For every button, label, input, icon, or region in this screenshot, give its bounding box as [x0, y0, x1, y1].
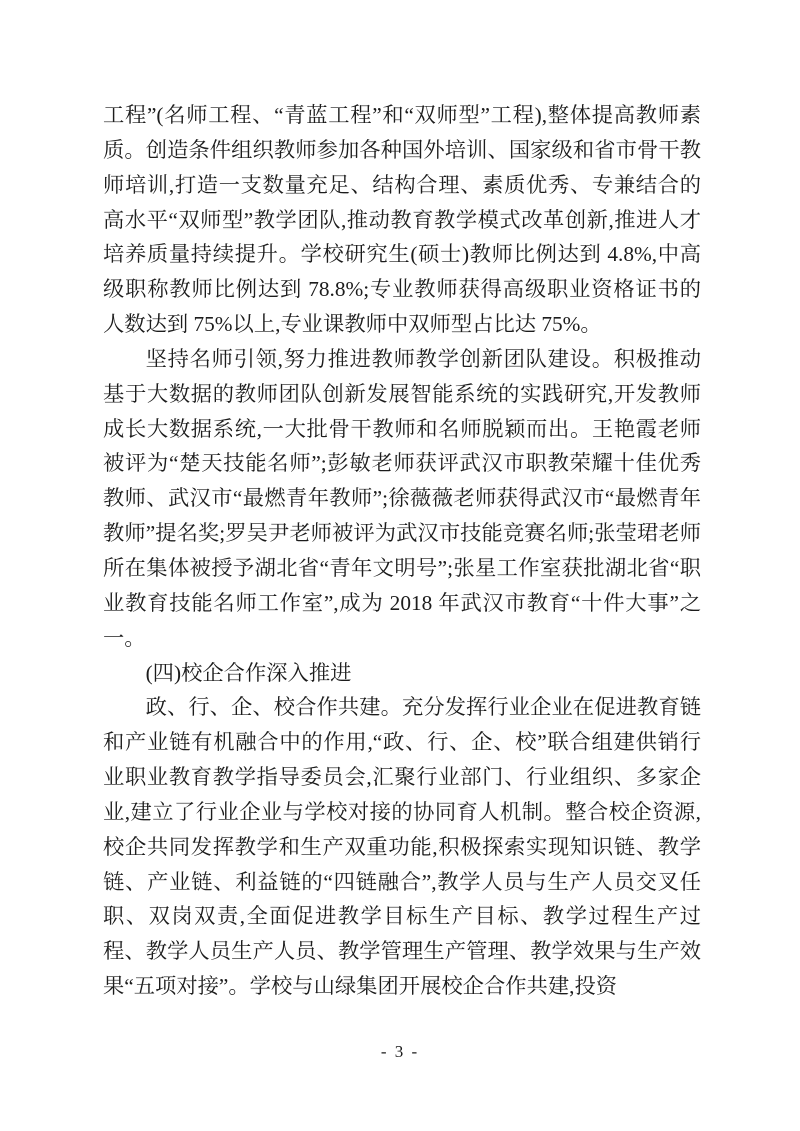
page-number: - 3 - [381, 1042, 419, 1061]
body-paragraph-school-enterprise-cooperation: 政、行、企、校合作共建。充分发挥行业企业在促进教育链和产业链有机融合中的作用,“… [103, 690, 701, 1004]
document-page: 工程”(名师工程、“青蓝工程”和“双师型”工程),整体提高教师素质。创造条件组织… [0, 0, 800, 1131]
section-heading-4: (四)校企合作深入推进 [103, 656, 701, 691]
document-body: 工程”(名师工程、“青蓝工程”和“双师型”工程),整体提高教师素质。创造条件组织… [103, 98, 701, 1004]
body-paragraph-teacher-development: 工程”(名师工程、“青蓝工程”和“双师型”工程),整体提高教师素质。创造条件组织… [103, 98, 701, 342]
page-footer: - 3 - [0, 1040, 800, 1064]
body-paragraph-master-teachers: 坚持名师引领,努力推进教师教学创新团队建设。积极推动基于大数据的教师团队创新发展… [103, 342, 701, 656]
